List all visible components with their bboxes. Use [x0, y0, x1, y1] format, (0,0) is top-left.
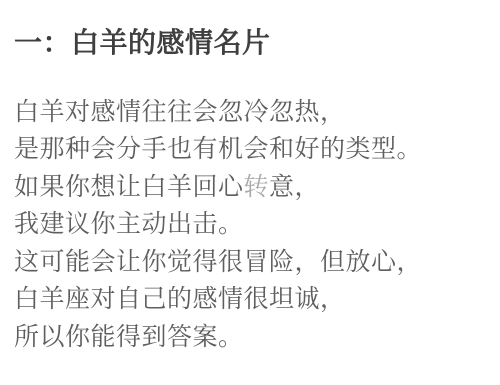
text-segment: 我建议你主动出击。	[14, 210, 244, 238]
paragraph: 白羊对感情往往会忽冷忽热，是那种会分手也有机会和好的类型。如果你想让白羊回心转意…	[14, 94, 486, 357]
paragraph-line: 我建议你主动出击。	[14, 206, 486, 244]
text-segment: 白羊对感情往往会忽冷忽热，	[14, 98, 346, 126]
faded-text-segment: 转	[244, 173, 270, 201]
text-segment: 白羊座对自己的感情很坦诚，	[14, 285, 346, 313]
paragraph-line: 这可能会让你觉得很冒险，但放心，	[14, 244, 486, 282]
text-segment: 是那种会分手也有机会和好的类型。	[14, 135, 422, 163]
paragraph-line: 白羊座对自己的感情很坦诚，	[14, 281, 486, 319]
text-segment: 这可能会让你觉得很冒险，但放心，	[14, 248, 422, 276]
text-segment: 意，	[269, 173, 320, 201]
paragraph-line: 是那种会分手也有机会和好的类型。	[14, 131, 486, 169]
text-segment: 所以你能得到答案。	[14, 323, 244, 351]
paragraph-line: 所以你能得到答案。	[14, 319, 486, 357]
paragraph-line: 如果你想让白羊回心转意，	[14, 169, 486, 207]
article-page: 一：白羊的感情名片 白羊对感情往往会忽冷忽热，是那种会分手也有机会和好的类型。如…	[0, 0, 500, 385]
paragraph-line: 白羊对感情往往会忽冷忽热，	[14, 94, 486, 132]
text-segment: 如果你想让白羊回心	[14, 173, 244, 201]
page-title: 一：白羊的感情名片	[14, 26, 486, 60]
